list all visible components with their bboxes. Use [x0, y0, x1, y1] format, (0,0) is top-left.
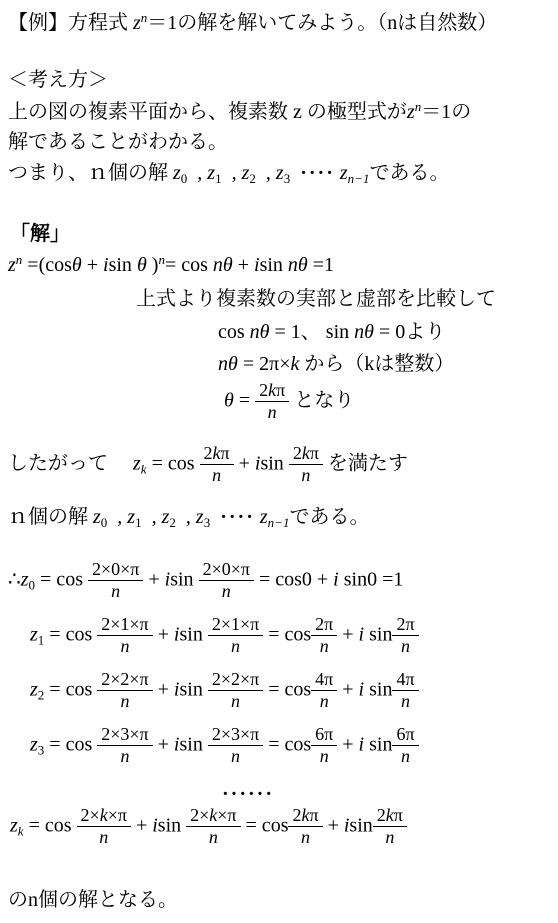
math-token: 2× — [81, 805, 100, 825]
math-token: 【例】方程式 — [8, 12, 133, 34]
fraction-numerator: 2kπ — [373, 806, 407, 827]
math-token: + — [337, 734, 358, 756]
fraction: 2×k×πn — [77, 806, 131, 848]
math-token: したがって — [8, 453, 133, 475]
solution-zk: zk = cos 2×k×πn + isin 2×k×πn = cos2kπn … — [10, 806, 407, 848]
math-token: = cos0 + — [254, 569, 333, 591]
math-token: の — [451, 101, 471, 123]
math-token: n — [212, 465, 221, 485]
fraction: 2×2×πn — [97, 670, 152, 712]
math-token: z — [133, 12, 141, 34]
math-token: n−1 — [268, 515, 290, 530]
math-token: + — [131, 815, 152, 837]
approach-heading: ＜考え方＞ — [8, 68, 108, 93]
math-token: ∴ — [8, 569, 21, 591]
math-token: + — [323, 815, 344, 837]
fraction: 2×3×πn — [208, 725, 263, 767]
math-token: 2×3×π — [101, 724, 148, 744]
math-token: 、 — [301, 321, 326, 343]
fraction: 2×k×πn — [186, 806, 240, 848]
eq-theta-fraction: θ = 2kπn となり — [224, 381, 354, 423]
math-token: 2×2×π — [212, 669, 259, 689]
math-token: ｎ個の解 — [8, 506, 93, 528]
fraction-numerator: 2×0×π — [199, 560, 254, 581]
math-token: π — [309, 805, 318, 825]
fraction-numerator: 2kπ — [288, 806, 322, 827]
fraction-denominator: n — [200, 465, 234, 485]
fraction: 2kπn — [288, 806, 322, 848]
math-token: sin — [364, 679, 392, 701]
math-token: n — [401, 746, 410, 766]
fraction-denominator: n — [77, 827, 131, 847]
math-token: n — [320, 746, 329, 766]
fraction-denominator: n — [373, 827, 407, 847]
math-document-page: 【例】方程式 zn＝1の解を解いてみよう。（nは自然数） ＜考え方＞ 上の図の複… — [0, 0, 558, 923]
math-token: + — [233, 254, 254, 276]
fraction-denominator: n — [208, 636, 263, 656]
math-token: = cos — [35, 569, 88, 591]
math-token: π — [394, 805, 403, 825]
math-token: z — [30, 624, 38, 646]
fraction-denominator: n — [392, 691, 418, 711]
math-token: nθ — [250, 321, 270, 343]
math-token: = cos — [44, 624, 97, 646]
fraction: 2kπn — [200, 444, 234, 486]
fraction: 2×0×πn — [199, 560, 254, 602]
fraction-numerator: 2kπ — [200, 444, 234, 465]
fraction-denominator: n — [311, 636, 337, 656]
fraction-denominator: n — [255, 402, 289, 422]
math-token: , — [107, 506, 127, 528]
math-token: cos — [218, 321, 250, 343]
fraction-numerator: 2×1×π — [97, 615, 152, 636]
math-token: nθ — [213, 254, 233, 276]
fraction-numerator: 2×k×π — [77, 806, 131, 827]
math-token: 2 — [377, 805, 386, 825]
math-token: z — [10, 815, 18, 837]
math-token: z — [93, 506, 101, 528]
example-heading: 【例】方程式 zn＝1の解を解いてみよう。（nは自然数） — [8, 10, 497, 36]
fraction: 2πn — [311, 615, 337, 657]
math-token: から（kは整数） — [299, 353, 454, 375]
math-token: sin — [349, 815, 372, 837]
fraction-numerator: 2π — [392, 615, 418, 636]
math-token: θ — [72, 254, 82, 276]
fraction-denominator: n — [199, 581, 254, 601]
math-token: = cos — [44, 679, 97, 701]
math-token: 上の図の複素平面から、複素数 z の極型式が — [8, 101, 407, 123]
fraction-numerator: 4π — [392, 670, 418, 691]
math-token: z — [207, 162, 215, 184]
math-token: である。 — [369, 162, 449, 184]
math-token: ＝1 — [147, 12, 177, 34]
fraction-denominator: n — [97, 636, 152, 656]
math-token: n — [120, 636, 129, 656]
math-token: , — [187, 162, 207, 184]
fraction-denominator: n — [392, 636, 418, 656]
fraction-denominator: n — [97, 746, 152, 766]
math-token: sin — [158, 815, 186, 837]
math-token: + — [153, 734, 174, 756]
math-token: 2×1×π — [212, 614, 259, 634]
solution-z0: ∴z0 = cos 2×0×πn + isin 2×0×πn = cos0 + … — [8, 560, 403, 602]
math-token: , — [176, 506, 196, 528]
eq-ntheta: nθ = 2π×k から（kは整数） — [218, 352, 454, 377]
math-token: π — [310, 443, 319, 463]
solution-z3: z3 = cos 2×3×πn + isin 2×3×πn = cos6πn +… — [30, 725, 419, 767]
math-token: π — [221, 443, 230, 463]
math-token: k — [386, 805, 394, 825]
math-token: = cos — [24, 815, 77, 837]
eq-zk-general: したがって zk = cos 2kπn + isin 2kπn を満たす — [8, 444, 408, 486]
math-token: z — [127, 506, 135, 528]
math-token: = cos — [165, 254, 213, 276]
math-token: 2×3×π — [212, 724, 259, 744]
math-token: n — [120, 691, 129, 711]
math-token: 2×1×π — [101, 614, 148, 634]
fraction: 2×1×πn — [208, 615, 263, 657]
math-token: z — [133, 453, 141, 475]
fraction-denominator: n — [88, 581, 143, 601]
math-token: n — [209, 827, 218, 847]
math-token: = 1 — [270, 321, 301, 343]
math-token: = cos — [44, 734, 97, 756]
math-token: + — [153, 624, 174, 646]
math-token: ) — [147, 254, 159, 276]
fraction-denominator: n — [208, 746, 263, 766]
fraction-numerator: 2×k×π — [186, 806, 240, 827]
fraction: 2kπn — [289, 444, 323, 486]
fraction-numerator: 2kπ — [255, 381, 289, 402]
math-token: ···· — [300, 162, 335, 184]
fraction-numerator: 6π — [392, 725, 418, 746]
fraction-numerator: 2×3×π — [97, 725, 152, 746]
fraction: 2kπn — [255, 381, 289, 423]
math-token: + — [337, 624, 358, 646]
fraction-denominator: n — [311, 691, 337, 711]
math-token: z — [30, 679, 38, 701]
math-token: n — [320, 636, 329, 656]
math-token: nθ — [288, 254, 308, 276]
math-token: =1 — [308, 254, 334, 276]
math-token: となり — [289, 390, 354, 412]
math-token: z — [276, 162, 284, 184]
fraction-numerator: 2×2×π — [208, 670, 263, 691]
fraction-denominator: n — [311, 746, 337, 766]
math-token: + — [234, 453, 255, 475]
math-token: z — [21, 569, 29, 591]
math-token: ×π — [108, 805, 127, 825]
math-token: 2×2×π — [101, 669, 148, 689]
math-token: 2π — [396, 614, 414, 634]
math-token: 2× — [190, 805, 209, 825]
math-token: = cos — [263, 624, 311, 646]
math-token: sin — [179, 679, 207, 701]
math-token: sin — [364, 624, 392, 646]
math-token: n — [120, 746, 129, 766]
math-token: n — [301, 827, 310, 847]
fraction: 2×1×πn — [97, 615, 152, 657]
math-token: z — [407, 101, 415, 123]
math-token: , — [222, 162, 242, 184]
math-token: n — [268, 402, 277, 422]
math-token: z — [30, 734, 38, 756]
math-token: = cos — [263, 734, 311, 756]
math-token: nθ — [354, 321, 374, 343]
fraction-numerator: 2π — [311, 615, 337, 636]
solution-heading: 「解」 — [10, 222, 70, 247]
fraction: 6πn — [392, 725, 418, 767]
closing-line: のn個の解となる。 — [8, 888, 178, 913]
math-token: 2×0×π — [92, 559, 139, 579]
math-token: sin — [109, 254, 137, 276]
math-token: nθ — [218, 353, 238, 375]
math-token: ×π — [217, 805, 236, 825]
math-token: =( — [22, 254, 45, 276]
math-token: 6π — [315, 724, 333, 744]
math-token: 2 — [293, 443, 302, 463]
fraction: 4πn — [311, 670, 337, 712]
fraction-numerator: 6π — [311, 725, 337, 746]
math-token — [290, 162, 300, 184]
solution-ellipsis: ······ — [222, 782, 274, 807]
math-token: の解を解いてみよう。（nは自然数） — [177, 12, 497, 34]
math-token: n — [401, 636, 410, 656]
math-token: n — [231, 691, 240, 711]
math-token: sin0 =1 — [339, 569, 404, 591]
math-token: 2 — [204, 443, 213, 463]
math-token: = cos — [147, 453, 200, 475]
fraction-denominator: n — [289, 465, 323, 485]
math-token: z — [173, 162, 181, 184]
math-token: n — [111, 581, 120, 601]
math-token: , — [142, 506, 162, 528]
fraction-denominator: n — [208, 691, 263, 711]
math-token: = cos — [263, 679, 311, 701]
math-token: k — [100, 805, 108, 825]
math-token: n — [222, 581, 231, 601]
math-token: z — [8, 254, 16, 276]
math-token: k — [268, 380, 276, 400]
math-token: sin — [260, 453, 288, 475]
math-token: cos — [45, 254, 72, 276]
math-token: n — [99, 827, 108, 847]
math-token: z — [260, 506, 268, 528]
math-token: sin — [179, 624, 207, 646]
math-token: k — [213, 443, 221, 463]
solution-z2: z2 = cos 2×2×πn + isin 2×2×πn = cos4πn +… — [30, 670, 419, 712]
math-token: z — [196, 506, 204, 528]
math-token: である。 — [289, 506, 369, 528]
approach-text-line2: 解であることがわかる。 — [8, 130, 228, 155]
solutions-count-line: ｎ個の解 z0 , z1 , z2 , z3 ···· zn−1である。 — [8, 505, 369, 531]
fraction-numerator: 2×2×π — [97, 670, 152, 691]
math-token: + — [82, 254, 103, 276]
math-token: + — [153, 679, 174, 701]
math-token: ···· — [220, 506, 255, 528]
fraction-numerator: 2×3×π — [208, 725, 263, 746]
math-token: z — [340, 162, 348, 184]
math-token: n — [401, 691, 410, 711]
fraction: 2kπn — [373, 806, 407, 848]
math-token: n — [301, 465, 310, 485]
fraction-denominator: n — [288, 827, 322, 847]
math-token: sin — [326, 321, 354, 343]
math-token: 2×0×π — [203, 559, 250, 579]
math-token: を満たす — [323, 453, 408, 475]
math-token: n−1 — [348, 171, 370, 186]
math-token: = cos — [241, 815, 289, 837]
fraction-numerator: 2×0×π — [88, 560, 143, 581]
math-token: θ — [224, 390, 234, 412]
fraction: 4πn — [392, 670, 418, 712]
fraction-denominator: n — [97, 691, 152, 711]
note-compare-parts: 上式より複素数の実部と虚部を比較して — [136, 287, 496, 312]
math-token: n — [385, 827, 394, 847]
fraction: 2×0×πn — [88, 560, 143, 602]
math-token: ＝1 — [421, 101, 451, 123]
math-token: n — [231, 636, 240, 656]
math-token: n — [231, 746, 240, 766]
math-token: sin — [179, 734, 207, 756]
approach-text-line1: 上の図の複素平面から、複素数 z の極型式がzn＝1の — [8, 99, 471, 125]
eq-cos-sin: cos nθ = 1、 sin nθ = 0より — [218, 320, 445, 345]
fraction-numerator: 2kπ — [289, 444, 323, 465]
math-token: ······ — [222, 783, 274, 805]
math-token: sin — [260, 254, 288, 276]
fraction-numerator: 4π — [311, 670, 337, 691]
math-token: 6π — [396, 724, 414, 744]
math-token: = 2π× — [238, 353, 291, 375]
math-token: 2 — [259, 380, 268, 400]
solution-z1: z1 = cos 2×1×πn + isin 2×1×πn = cos2πn +… — [30, 615, 419, 657]
fraction-denominator: n — [392, 746, 418, 766]
fraction: 6πn — [311, 725, 337, 767]
fraction: 2πn — [392, 615, 418, 657]
math-token: = — [234, 390, 255, 412]
math-token: , — [256, 162, 276, 184]
math-token: つまり、ｎ個の解 — [8, 162, 173, 184]
fraction-numerator: 2×1×π — [208, 615, 263, 636]
math-token: 4π — [315, 669, 333, 689]
math-token: 4π — [396, 669, 414, 689]
math-token: sin — [364, 734, 392, 756]
eq-polar-expansion: zn =(cosθ + isin θ )n= cos nθ + isin nθ … — [8, 252, 334, 278]
math-token: より — [405, 321, 445, 343]
fraction: 2×3×πn — [97, 725, 152, 767]
math-token — [210, 506, 220, 528]
math-token: π — [276, 380, 285, 400]
math-token: n — [320, 691, 329, 711]
math-token: + — [337, 679, 358, 701]
math-token: = 0 — [374, 321, 405, 343]
math-token: sin — [170, 569, 198, 591]
math-token: 2π — [315, 614, 333, 634]
math-token: + — [143, 569, 164, 591]
fraction: 2×2×πn — [208, 670, 263, 712]
math-token: k — [302, 443, 310, 463]
fraction-denominator: n — [186, 827, 240, 847]
math-token: θ — [137, 254, 147, 276]
approach-text-line3: つまり、ｎ個の解 z0 , z1 , z2 , z3 ···· zn−1である。 — [8, 161, 449, 187]
